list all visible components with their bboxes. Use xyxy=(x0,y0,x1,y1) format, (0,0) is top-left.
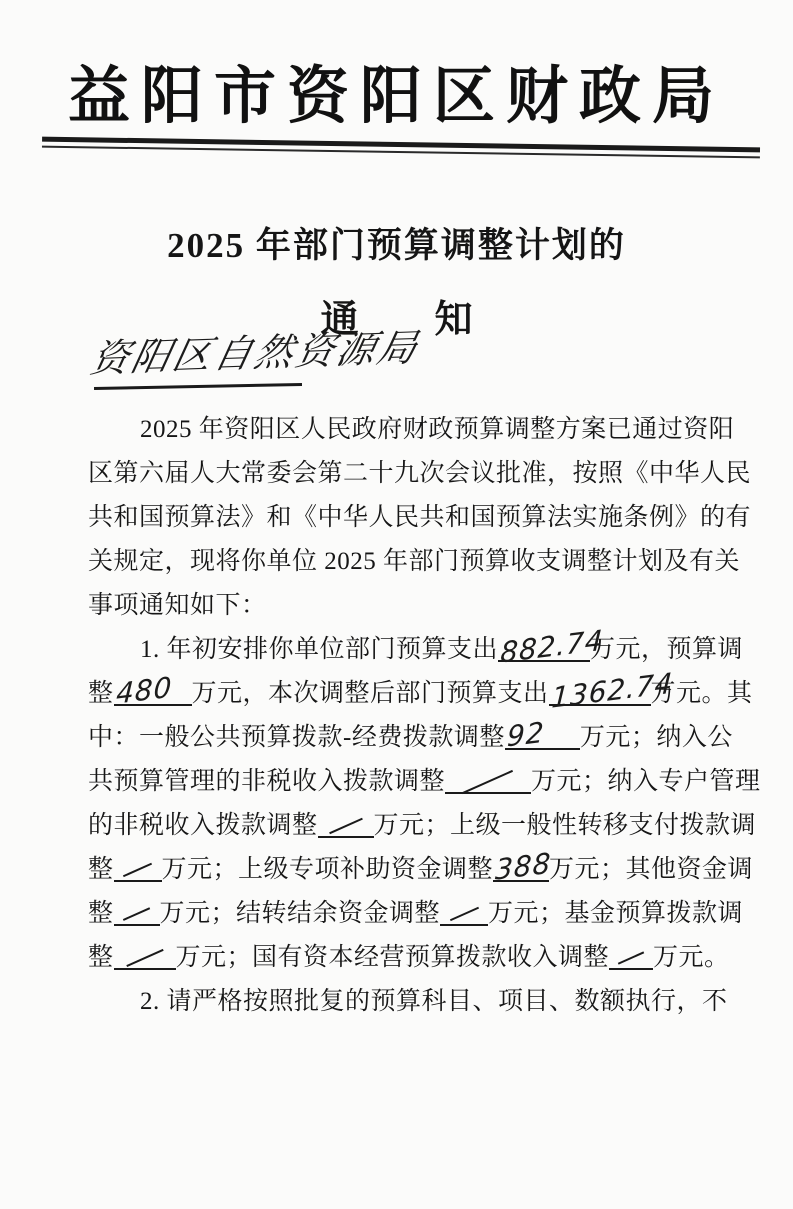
body-line: 整万元；结转结余资金调整万元；基金预算拨款调 xyxy=(88,892,728,936)
fill-in-blank: 480 xyxy=(114,672,192,706)
handwritten-slash xyxy=(126,949,163,967)
printed-text: 整 xyxy=(88,944,114,971)
fill-in-blank: 882.74 xyxy=(498,628,590,662)
body-line: 区第六届人大常委会第二十九次会议批准，按照《中华人民 xyxy=(88,452,728,496)
printed-text: 整 xyxy=(88,680,114,707)
printed-text: 万元。 xyxy=(653,944,730,971)
body-line: 事项通知如下： xyxy=(88,584,728,628)
printed-text: 万元，预算调 xyxy=(590,636,743,663)
printed-text: 万元；结转结余资金调整 xyxy=(160,900,441,927)
printed-text: 中：一般公共预算拨款-经费拨款调整 xyxy=(88,724,505,751)
body-line: 关规定，现将你单位 2025 年部门预算收支调整计划及有关 xyxy=(88,540,728,584)
printed-text: 万元；基金预算拨款调 xyxy=(488,900,743,927)
fill-in-blank xyxy=(114,848,162,882)
printed-text: 整 xyxy=(88,856,114,883)
fill-in-blank xyxy=(609,936,653,970)
printed-text: 2025 年资阳区人民政府财政预算调整方案已通过资阳 xyxy=(140,416,734,443)
printed-text: 万元；纳入公 xyxy=(580,724,733,751)
printed-text: 区第六届人大常委会第二十九次会议批准，按照《中华人民 xyxy=(88,460,751,487)
body-line: 的非税收入拨款调整万元；上级一般性转移支付拨款调 xyxy=(88,804,728,848)
printed-text: 万元；纳入专户管理 xyxy=(531,768,761,795)
fill-in-blank: 92 xyxy=(505,716,580,750)
printed-text: 事项通知如下： xyxy=(88,592,267,619)
body-line: 共和国预算法》和《中华人民共和国预算法实施条例》的有 xyxy=(88,496,728,540)
printed-text: 的非税收入拨款调整 xyxy=(88,812,318,839)
body-line: 中：一般公共预算拨款-经费拨款调整92万元；纳入公 xyxy=(88,716,728,760)
handwritten-slash xyxy=(450,907,479,921)
printed-text: 1. 年初安排你单位部门预算支出 xyxy=(140,636,498,663)
document-page: 益阳市资阳区财政局 2025 年部门预算调整计划的 通 知 资阳区自然资源局 2… xyxy=(0,0,793,1209)
handwritten-slash xyxy=(123,863,152,877)
handwritten-value: 92 xyxy=(506,719,545,752)
body-text: 2025 年资阳区人民政府财政预算调整方案已通过资阳区第六届人大常委会第二十九次… xyxy=(88,408,728,1024)
fill-in-blank xyxy=(114,936,176,970)
body-line: 1. 年初安排你单位部门预算支出882.74万元，预算调 xyxy=(88,628,728,672)
printed-text: 共和国预算法》和《中华人民共和国预算法实施条例》的有 xyxy=(88,504,751,531)
handwritten-slash xyxy=(462,770,513,794)
body-line: 共预算管理的非税收入拨款调整万元；纳入专户管理 xyxy=(88,760,728,804)
letterhead-title: 益阳市资阳区财政局 xyxy=(0,46,793,135)
handwritten-value: 882.74 xyxy=(500,626,605,667)
body-line: 2. 请严格按照批复的预算科目、项目、数额执行，不 xyxy=(88,980,728,1024)
addressee-handwritten: 资阳区自然资源局 xyxy=(86,316,426,383)
letterhead-divider xyxy=(42,137,760,159)
printed-text: 2. 请严格按照批复的预算科目、项目、数额执行，不 xyxy=(140,988,728,1015)
printed-text: 万元；其他资金调 xyxy=(549,856,753,883)
printed-text: 万元，本次调整后部门预算支出 xyxy=(192,680,549,707)
fill-in-blank xyxy=(318,804,374,838)
fill-in-blank xyxy=(440,892,488,926)
handwritten-slash xyxy=(329,818,363,834)
title-char-zhi: 知 xyxy=(435,288,473,343)
handwritten-value: 480 xyxy=(115,673,173,708)
fill-in-blank xyxy=(114,892,160,926)
printed-text: 共预算管理的非税收入拨款调整 xyxy=(88,768,445,795)
body-line: 整480万元，本次调整后部门预算支出1362.74万元。其 xyxy=(88,672,728,716)
body-line: 整万元；国有资本经营预算拨款收入调整万元。 xyxy=(88,936,728,980)
printed-text: 关规定，现将你单位 2025 年部门预算收支调整计划及有关 xyxy=(88,548,740,575)
printed-text: 万元；上级一般性转移支付拨款调 xyxy=(374,812,757,839)
body-line: 整万元；上级专项补助资金调整388万元；其他资金调 xyxy=(88,848,728,892)
printed-text: 万元；上级专项补助资金调整 xyxy=(162,856,494,883)
fill-in-blank: 388 xyxy=(493,848,549,882)
handwritten-value: 388 xyxy=(494,849,552,884)
fill-in-blank: 1362.74 xyxy=(549,672,651,706)
fill-in-blank xyxy=(445,760,531,794)
body-line: 2025 年资阳区人民政府财政预算调整方案已通过资阳 xyxy=(88,408,728,452)
printed-text: 万元；国有资本经营预算拨款收入调整 xyxy=(176,944,610,971)
document-title-line1: 2025 年部门预算调整计划的 xyxy=(0,218,793,268)
addressee-underline xyxy=(94,383,302,389)
handwritten-slash xyxy=(618,951,645,964)
printed-text: 整 xyxy=(88,900,114,927)
handwritten-slash xyxy=(123,907,151,921)
